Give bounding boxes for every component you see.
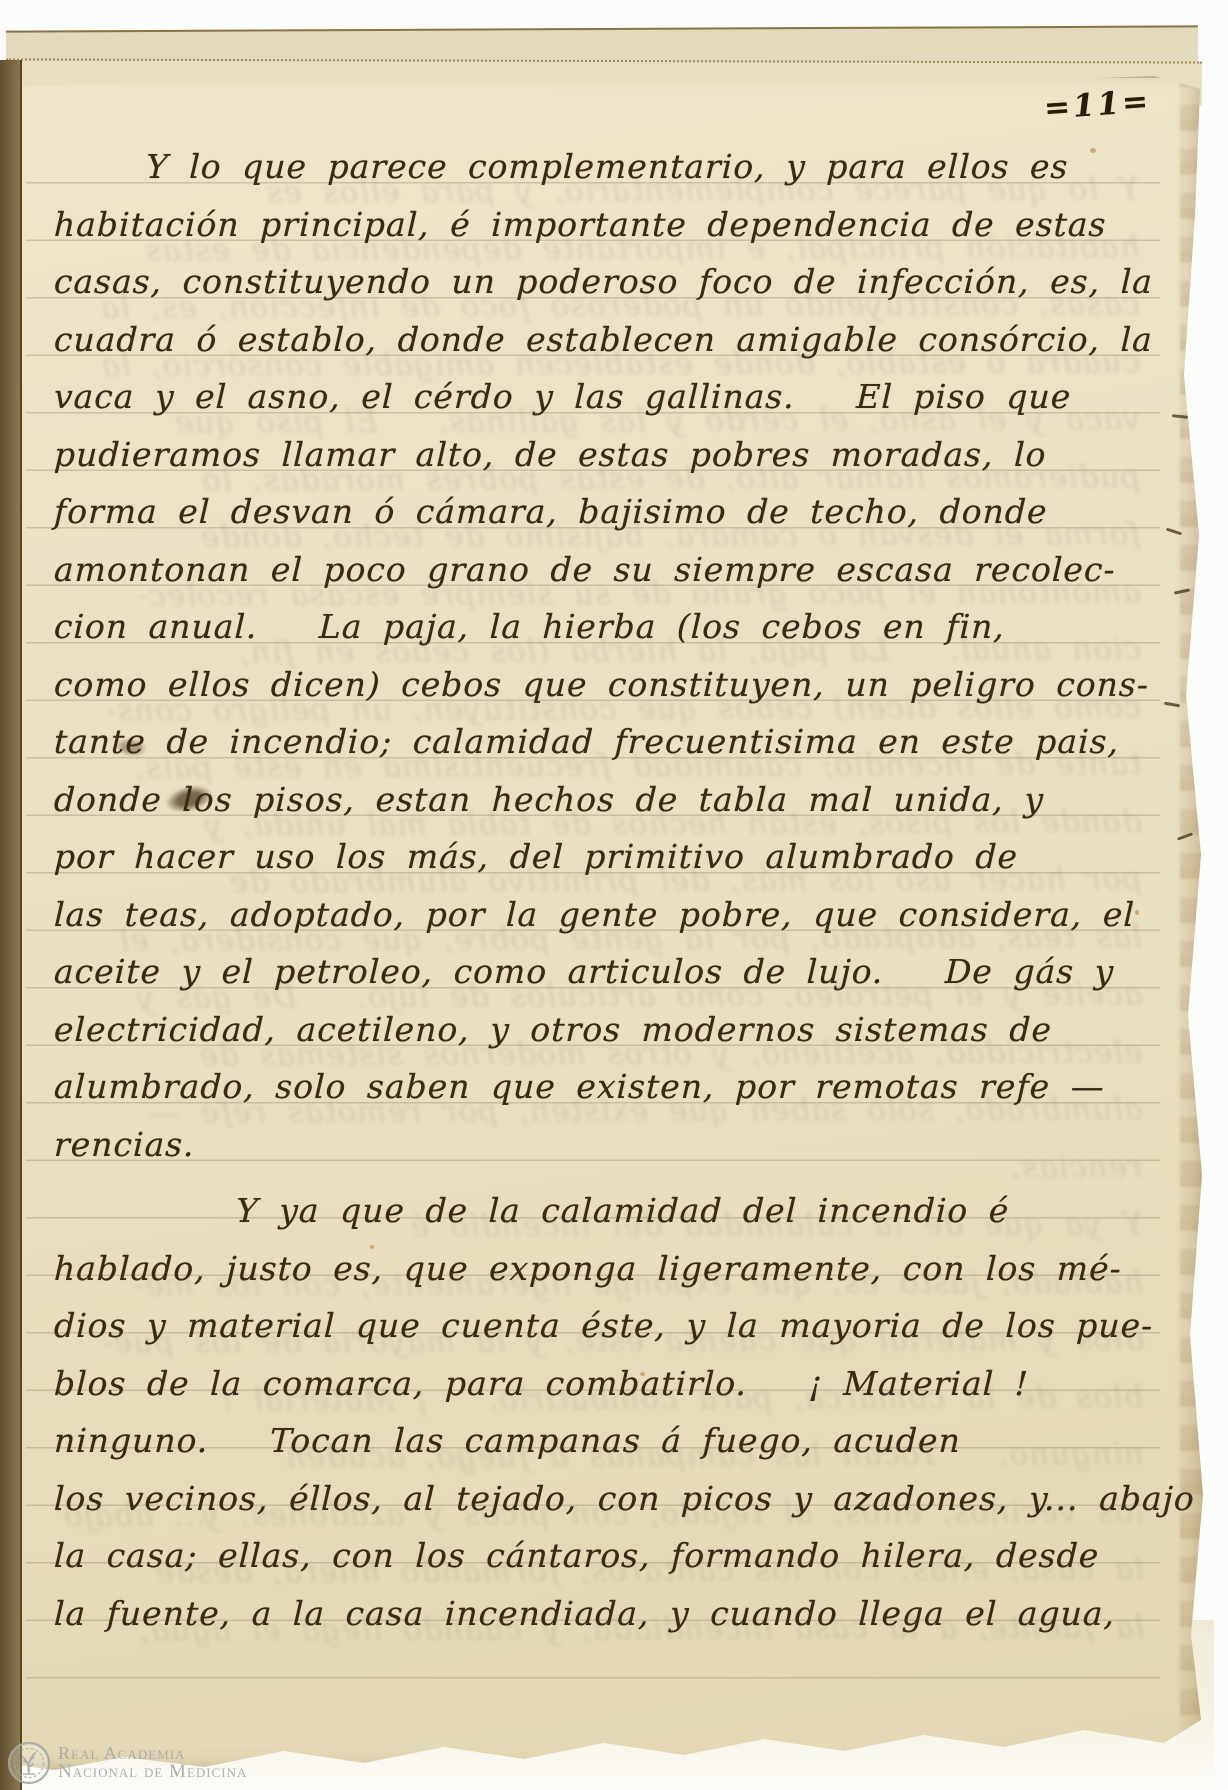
archive-watermark: Real Academia Nacional de Medicina — [6, 1740, 247, 1786]
manuscript-line: aceite y el petroleo, como articulos de … — [53, 943, 1163, 1001]
manuscript-line-text: amontonan el poco grano de su siempre es… — [53, 550, 1116, 589]
watermark-line1: Real Academia — [58, 1744, 247, 1763]
watermark-text: Real Academia Nacional de Medicina — [58, 1744, 247, 1783]
binding-edge — [0, 60, 22, 1790]
manuscript-line: blos de la comarca, para combatirlo. ¡ M… — [53, 1355, 1163, 1413]
manuscript-line: electricidad, acetileno, y otros moderno… — [53, 1001, 1163, 1059]
edge-ink-mark — [1166, 528, 1182, 536]
manuscript-line: amontonan el poco grano de su siempre es… — [53, 541, 1163, 599]
manuscript-line-text: forma el desvan ó cámara, bajisimo de te… — [53, 492, 1048, 531]
academy-seal-icon — [6, 1740, 52, 1786]
manuscript-line: forma el desvan ó cámara, bajisimo de te… — [53, 483, 1163, 541]
manuscript-line: tante de incendio; calamidad frecuentisi… — [53, 713, 1163, 771]
manuscript-line-text: ninguno. Tocan las campanas á fuego, acu… — [53, 1421, 961, 1460]
manuscript-line-text: la fuente, a la casa incendiada, y cuand… — [53, 1594, 1115, 1633]
manuscript-page: Y lo que parece complementario, y para e… — [4, 75, 1206, 1775]
manuscript-line: cion anual. La paja, la hierba (los cebo… — [53, 598, 1163, 656]
manuscript-line-text: casas, constituyendo un poderoso foco de… — [53, 262, 1153, 301]
manuscript-line: habitación principal, é importante depen… — [53, 196, 1163, 254]
manuscript-line-text: por hacer uso los más, del primitivo alu… — [53, 837, 1018, 876]
manuscript-text: Y lo que parece complementario, y para e… — [54, 138, 1162, 1642]
edge-ink-mark — [1172, 414, 1188, 419]
manuscript-line: Y lo que parece complementario, y para e… — [53, 138, 1163, 196]
manuscript-line-text: dios y material que cuenta éste, y la ma… — [53, 1306, 1154, 1345]
manuscript-line: dios y material que cuenta éste, y la ma… — [53, 1297, 1163, 1355]
manuscript-line-text: rencias. — [53, 1125, 195, 1164]
manuscript-line-text: la casa; ellas, con los cántaros, forman… — [53, 1536, 1100, 1575]
manuscript-line-text: habitación principal, é importante depen… — [53, 205, 1107, 244]
manuscript-line-text: vaca y el asno, el cérdo y las gallinas.… — [53, 377, 1072, 416]
edge-ink-mark — [1164, 702, 1180, 708]
manuscript-line-text: pudieramos llamar alto, de estas pobres … — [53, 435, 1047, 474]
manuscript-line: donde los pisos, estan hechos de tabla m… — [53, 771, 1163, 829]
manuscript-line: la fuente, a la casa incendiada, y cuand… — [53, 1585, 1163, 1643]
manuscript-line: las teas, adoptado, por la gente pobre, … — [53, 886, 1163, 944]
manuscript-line-text: Y ya que de la calamidad del incendio é — [235, 1191, 1010, 1230]
manuscript-line-text: alumbrado, solo saben que existen, por r… — [53, 1067, 1105, 1106]
manuscript-line: por hacer uso los más, del primitivo alu… — [53, 828, 1163, 886]
manuscript-line-text: las teas, adoptado, por la gente pobre, … — [53, 895, 1135, 934]
manuscript-line-text: tante de incendio; calamidad frecuentisi… — [53, 722, 1119, 761]
manuscript-line-text: Y lo que parece complementario, y para e… — [145, 147, 1069, 186]
manuscript-line-text: cion anual. La paja, la hierba (los cebo… — [53, 607, 1005, 646]
manuscript-line: casas, constituyendo un poderoso foco de… — [53, 253, 1163, 311]
manuscript-line: ninguno. Tocan las campanas á fuego, acu… — [53, 1412, 1163, 1470]
manuscript-line: los vecinos, éllos, al tejado, con picos… — [53, 1470, 1163, 1528]
manuscript-line: la casa; ellas, con los cántaros, forman… — [53, 1527, 1163, 1585]
scanned-manuscript-page: Y lo que parece complementario, y para e… — [0, 0, 1228, 1790]
edge-ink-mark — [1177, 832, 1193, 840]
manuscript-line: cuadra ó establo, donde establecen amiga… — [53, 311, 1163, 369]
manuscript-line-text: electricidad, acetileno, y otros moderno… — [53, 1010, 1052, 1049]
manuscript-line: pudieramos llamar alto, de estas pobres … — [53, 426, 1163, 484]
manuscript-line: alumbrado, solo saben que existen, por r… — [53, 1058, 1163, 1116]
page-number: =11= — [1043, 83, 1152, 126]
manuscript-line-text: donde los pisos, estan hechos de tabla m… — [53, 780, 1044, 819]
manuscript-line: hablado, justo es, que exponga ligeramen… — [53, 1240, 1163, 1298]
manuscript-line: Y ya que de la calamidad del incendio é — [53, 1182, 1163, 1240]
watermark-line2: Nacional de Medicina — [58, 1762, 247, 1782]
manuscript-line: como ellos dicen) cebos que constituyen,… — [53, 656, 1163, 714]
manuscript-line-text: como ellos dicen) cebos que constituyen,… — [53, 665, 1149, 704]
manuscript-line-text: cuadra ó establo, donde establecen amiga… — [53, 320, 1153, 359]
manuscript-line: rencias. — [53, 1116, 1163, 1174]
manuscript-line-text: los vecinos, éllos, al tejado, con picos… — [53, 1479, 1195, 1518]
manuscript-line: vaca y el asno, el cérdo y las gallinas.… — [53, 368, 1163, 426]
manuscript-line-text: blos de la comarca, para combatirlo. ¡ M… — [53, 1364, 1029, 1403]
manuscript-line-text: aceite y el petroleo, como articulos de … — [53, 952, 1115, 991]
edge-ink-mark — [1174, 588, 1190, 594]
manuscript-line-text: hablado, justo es, que exponga ligeramen… — [53, 1249, 1122, 1288]
